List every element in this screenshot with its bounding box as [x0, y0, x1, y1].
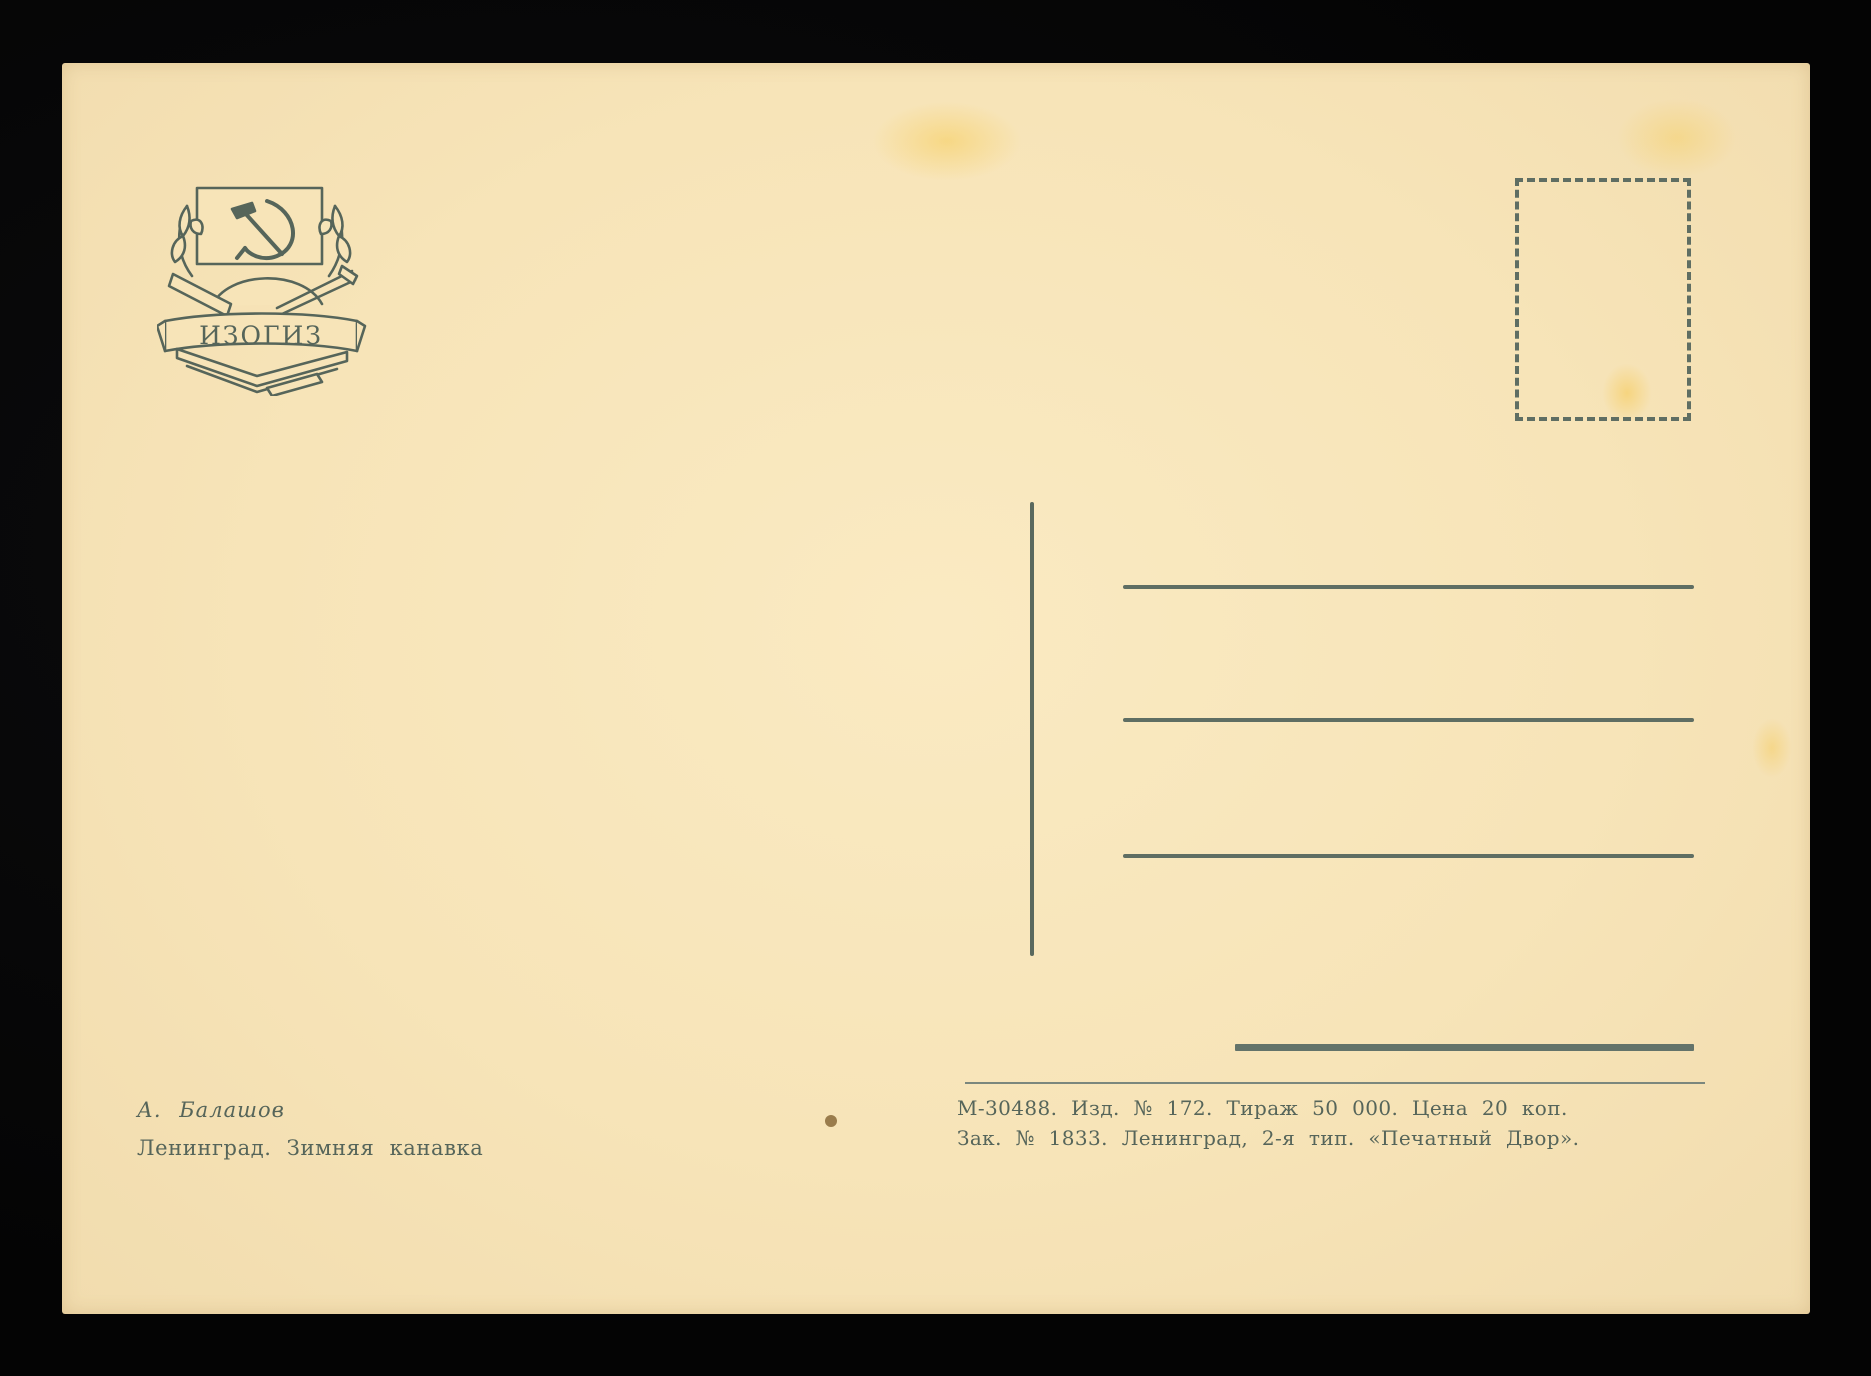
- izogiz-logo: ИЗОГИЗ: [157, 176, 377, 396]
- stamp-placement-box: [1515, 178, 1691, 421]
- paper-stain: [1617, 98, 1737, 178]
- postcard-back: ИЗОГИЗ А. Балашов Ленинград. Зимняя кана…: [62, 63, 1810, 1314]
- center-divider-line: [1030, 502, 1034, 956]
- artist-name: А. Балашов: [137, 1091, 483, 1129]
- address-line-1: [1123, 585, 1694, 589]
- address-line-2: [1123, 718, 1694, 722]
- paper-stain: [872, 101, 1022, 181]
- artwork-title: Ленинград. Зимняя канавка: [137, 1129, 483, 1167]
- printer-imprint: М-30488. Изд. № 172. Тираж 50 000. Цена …: [957, 1093, 1579, 1153]
- address-line-3: [1123, 854, 1694, 858]
- imprint-rule: [965, 1082, 1705, 1084]
- scan-background: ИЗОГИЗ А. Балашов Ленинград. Зимняя кана…: [0, 0, 1871, 1376]
- foxing-spot: [825, 1115, 837, 1127]
- svg-text:ИЗОГИЗ: ИЗОГИЗ: [199, 321, 323, 350]
- laurel-right-icon: [319, 206, 350, 276]
- imprint-line-1: М-30488. Изд. № 172. Тираж 50 000. Цена …: [957, 1093, 1579, 1123]
- paper-stain: [1752, 718, 1792, 778]
- artwork-caption: А. Балашов Ленинград. Зимняя канавка: [137, 1091, 483, 1167]
- postal-code-line: [1235, 1044, 1694, 1051]
- imprint-line-2: Зак. № 1833. Ленинград, 2-я тип. «Печатн…: [957, 1123, 1579, 1153]
